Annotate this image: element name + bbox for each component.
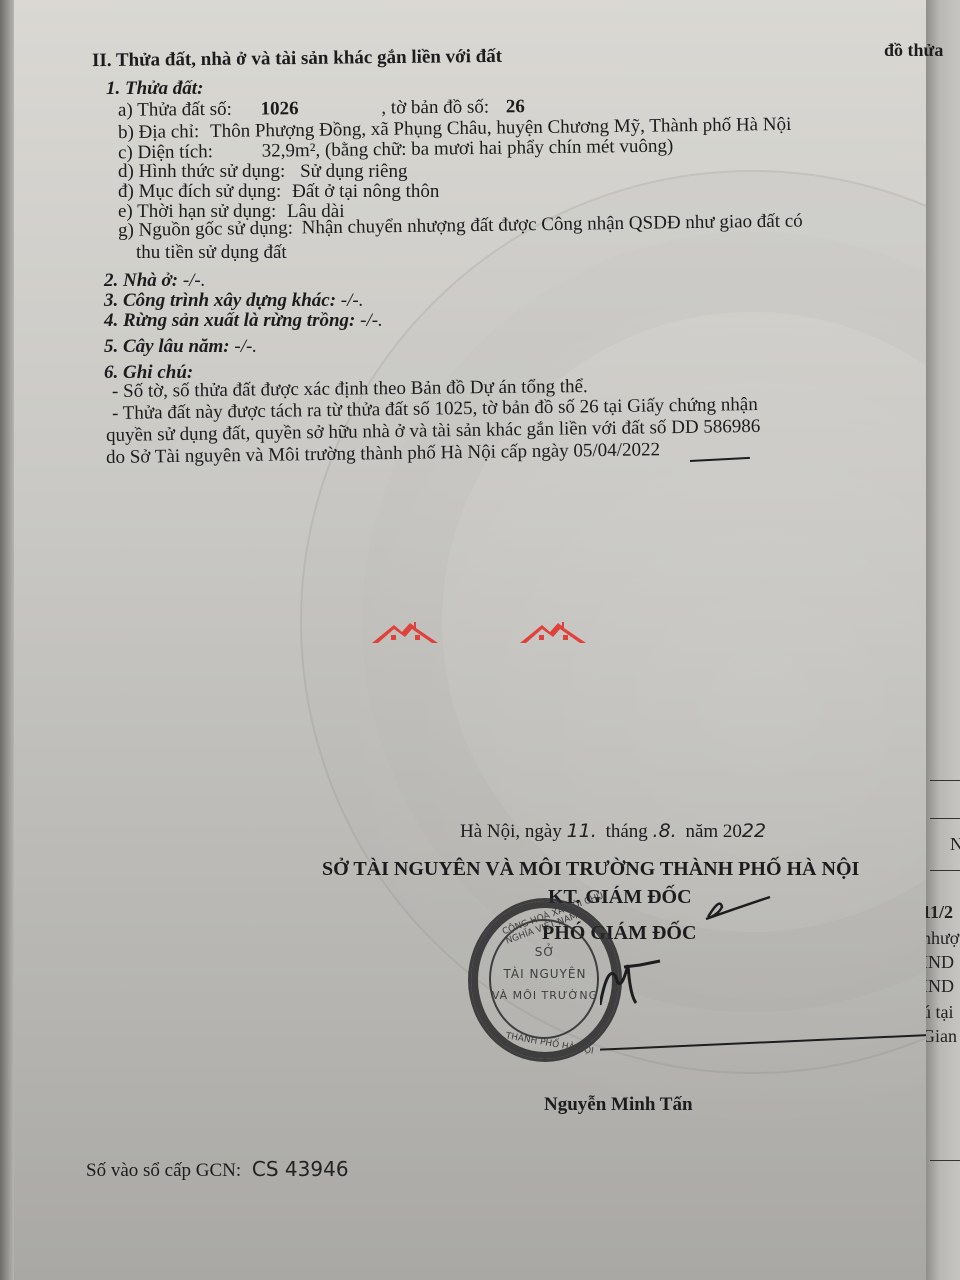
map-sheet-number: 26 [506, 96, 525, 117]
stamp-line-2: TÀI NGUYÊN [471, 967, 619, 981]
adjacent-fragment: IND [926, 976, 954, 997]
house-label: 2. Nhà ở: [104, 270, 178, 291]
usage-form-label: d) Hình thức sử dụng: [118, 161, 285, 182]
purpose-label: đ) Mục đích sử dụng: [118, 181, 281, 202]
date-day: 11. [567, 820, 597, 842]
adjacent-top-fragment: đồ thửa [884, 40, 943, 61]
other-construction-value: -/-. [341, 290, 364, 311]
adjacent-fragment: N [950, 834, 960, 855]
date-year: 22 [742, 820, 766, 842]
certificate-page: II. Thửa đất, nhà ở và tài sản khác gắn … [0, 0, 928, 1280]
usage-form-value: Sử dụng riêng [300, 161, 407, 182]
origin-value-line2: thu tiền sử dụng đất [136, 242, 287, 264]
area-value: 32,9m², (bằng chữ: ba mươi hai phẩy chín… [262, 136, 674, 162]
other-construction-label: 3. Công trình xây dựng khác: [104, 290, 336, 311]
production-forest-label: 4. Rừng sản xuất là rừng trồng: [104, 310, 355, 331]
authority-name: SỞ TÀI NGUYÊN VÀ MÔI TRƯỜNG THÀNH PHỐ HÀ… [322, 858, 859, 880]
purpose-value: Đất ở tại nông thôn [292, 181, 439, 202]
place-date: Hà Nội, ngày 11. tháng .8. năm 2022 [460, 820, 766, 843]
signer-name: Nguyễn Minh Tấn [544, 1094, 693, 1116]
stamp-line-1: SỞ [471, 945, 619, 959]
perennial-trees-value: -/-. [234, 336, 257, 357]
purpose-row: đ) Mục đích sử dụng: Đất ở tại nông thôn [118, 181, 439, 203]
production-forest-row: 4. Rừng sản xuất là rừng trồng: -/-. [104, 310, 383, 332]
house-roof-logo-icon [372, 620, 438, 648]
perennial-trees-label: 5. Cây lâu năm: [104, 336, 230, 357]
land-heading: 1. Thửa đất: [106, 78, 203, 100]
adjacent-fragment: ú tại [926, 1002, 954, 1023]
date-month: .8. [653, 820, 677, 842]
perennial-trees-row: 5. Cây lâu năm: -/-. [104, 336, 257, 358]
adjacent-fragment: IND [926, 952, 954, 973]
registry-label: Số vào sổ cấp GCN: [86, 1160, 241, 1181]
other-construction-row: 3. Công trình xây dựng khác: -/-. [104, 290, 363, 312]
registry-number: CS 43946 [252, 1157, 349, 1181]
address-label: b) Địa chỉ: [118, 121, 200, 143]
month-label: tháng [606, 821, 648, 842]
adjacent-fragment: nhượ [926, 928, 959, 949]
registry-row: Số vào sổ cấp GCN: CS 43946 [86, 1158, 349, 1182]
stamp-line-3: VÀ MÔI TRƯỜNG [471, 989, 619, 1002]
house-row: 2. Nhà ở: -/-. [104, 270, 206, 292]
map-sheet-label: , tờ bản đồ số: [381, 97, 489, 119]
production-forest-value: -/-. [360, 310, 383, 331]
house-value: -/-. [183, 270, 206, 291]
parcel-label: a) Thửa đất số: [118, 99, 232, 121]
adjacent-fragment: Gian [926, 1026, 957, 1047]
signature-icon [600, 885, 930, 1065]
section-title: II. Thửa đất, nhà ở và tài sản khác gắn … [92, 46, 502, 72]
year-label: năm 20 [685, 821, 741, 842]
adjacent-page: N 11/2 nhượ IND IND ú tại Gian [926, 0, 960, 1280]
house-roof-logo-icon [520, 620, 586, 648]
place-date-prefix: Hà Nội, ngày [460, 821, 562, 842]
parcel-number: 1026 [261, 98, 299, 119]
usage-form-row: d) Hình thức sử dụng: Sử dụng riêng [118, 161, 407, 183]
adjacent-fragment: 11/2 [926, 902, 953, 923]
official-stamp: SỞ TÀI NGUYÊN VÀ MÔI TRƯỜNG CỘNG HOÀ XÃ … [468, 898, 622, 1062]
origin-label: g) Nguồn gốc sử dụng: [118, 218, 293, 241]
